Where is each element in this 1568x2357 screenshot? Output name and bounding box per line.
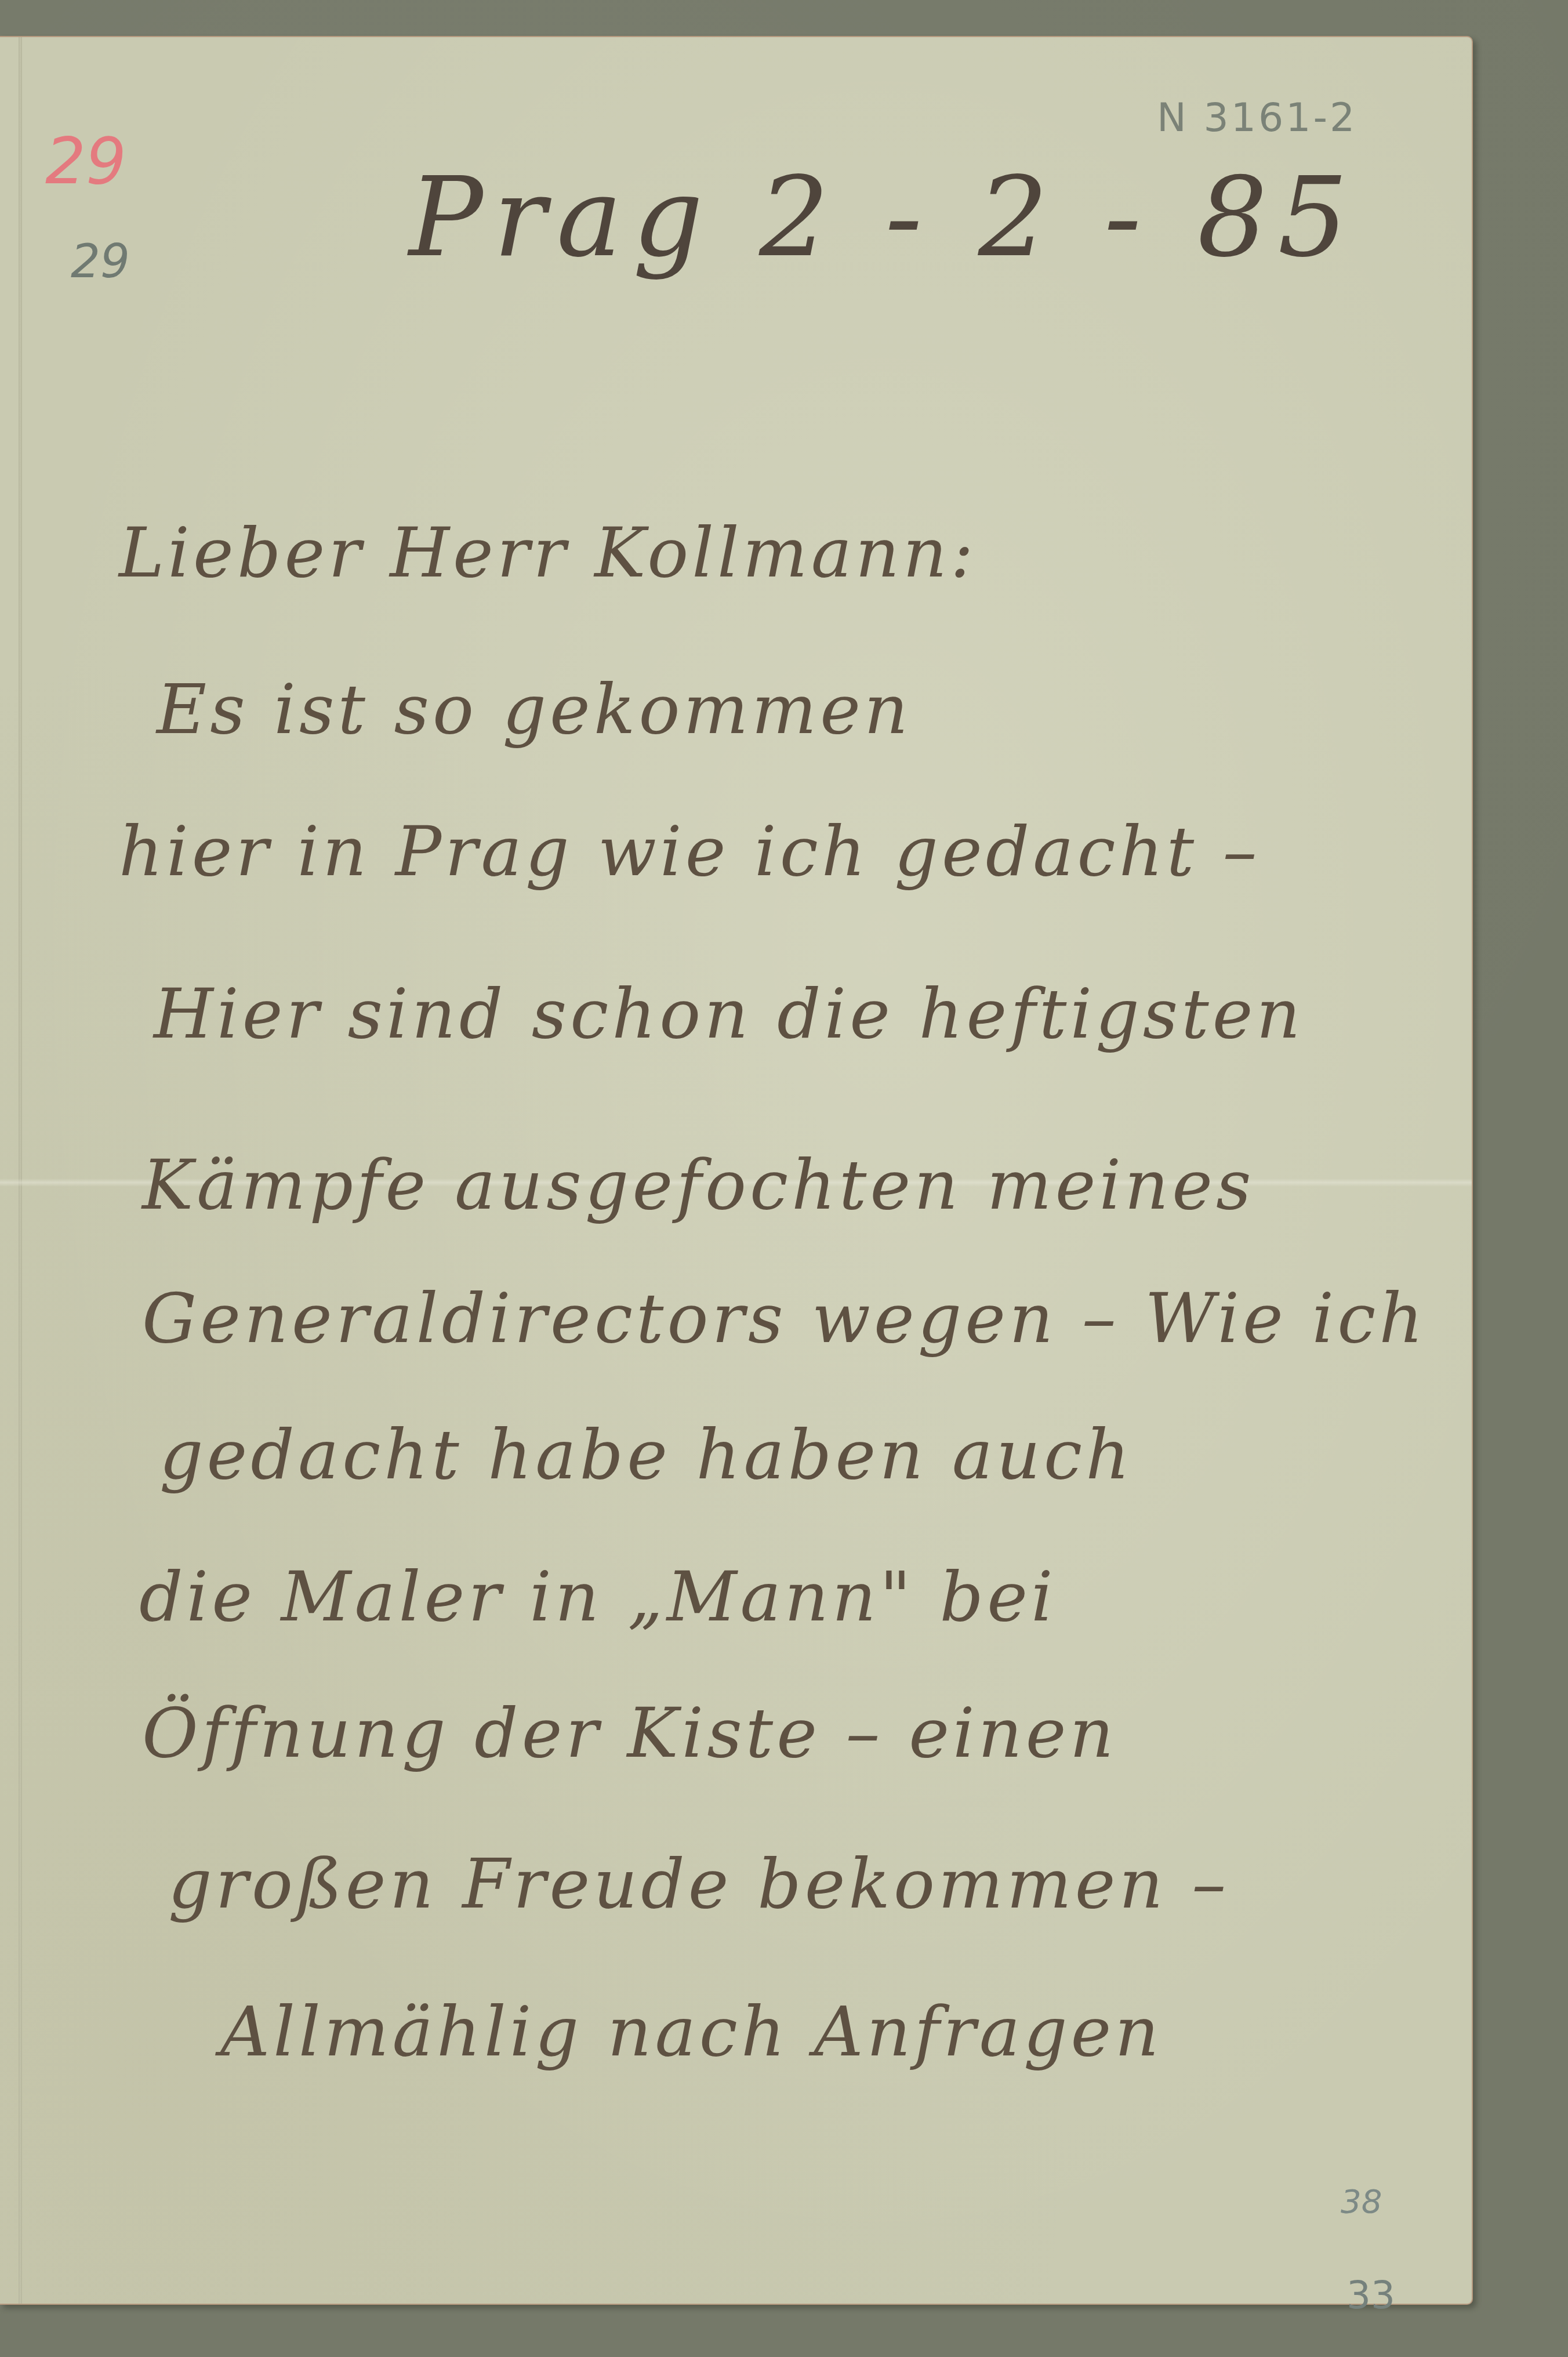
letter-line-2: hier in Prag wie ich gedacht – <box>119 811 1261 891</box>
letter-line-4: Kämpfe ausgefochten meines <box>142 1145 1255 1225</box>
place-date-heading: Prag 2 - 2 - 85 <box>409 153 1358 281</box>
letter-line-7: die Maler in „Mann" bei <box>139 1557 1057 1637</box>
letter-sheet: N 3161-2 29 29 Prag 2 - 2 - 85 Lieber He… <box>0 36 1473 2305</box>
letter-line-1: Es ist so gekommen <box>157 669 912 749</box>
archive-number: N 3161-2 <box>1157 95 1357 141</box>
folio-number-pencil: 29 <box>71 234 130 288</box>
pencil-page-note-upper: 38 <box>1341 2183 1382 2221</box>
letter-line-3: Hier sind schon die heftigsten <box>154 974 1304 1054</box>
letter-line-8: Öffnung der Kiste – einen <box>142 1693 1117 1773</box>
binding-edge <box>19 37 22 2304</box>
letter-line-5: Generaldirectors wegen – Wie ich <box>142 1278 1427 1358</box>
salutation-line: Lieber Herr Kollmann: <box>119 513 977 593</box>
folio-number-red: 29 <box>45 124 126 198</box>
letter-line-6: gedacht habe haben auch <box>159 1415 1133 1495</box>
pencil-page-note-lower: 33 <box>1346 2273 1395 2318</box>
letter-line-10: Allmählig nach Anfragen <box>220 1992 1162 2072</box>
letter-line-9: großen Freude bekommen – <box>168 1844 1229 1924</box>
